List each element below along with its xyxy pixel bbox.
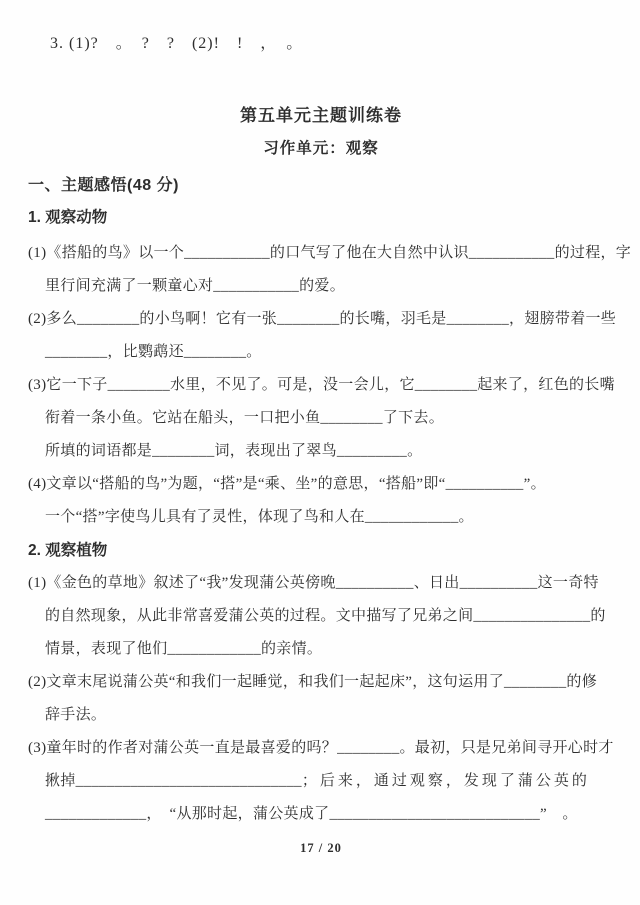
question-line: (1)《金色的草地》叙述了“我”发现蒲公英傍晚__________、日出____… bbox=[28, 567, 614, 600]
question-line: (3)它一下子________水里，不见了。可是，没一会儿，它________起… bbox=[28, 369, 614, 402]
question-line: _____________， “从那时起，蒲公英成了______________… bbox=[45, 798, 614, 831]
question-line: 衔着一条小鱼。它站在船头，一口把小鱼________了下去。 bbox=[45, 402, 614, 435]
question-line: 里行间充满了一颗童心对___________的爱。 bbox=[45, 270, 614, 303]
justified-text-segment: ；后来，通过观察，发现了蒲公英的 bbox=[302, 773, 590, 789]
question-2-1: (1)《金色的草地》叙述了“我”发现蒲公英傍晚__________、日出____… bbox=[28, 567, 614, 666]
unit-subtitle: 习作单元：观察 bbox=[28, 137, 614, 161]
question-line: (2)文章末尾说蒲公英“和我们一起睡觉，和我们一起起床”，这句运用了______… bbox=[28, 666, 614, 699]
question-line: 所填的词语都是________词，表现出了翠鸟_________。 bbox=[45, 435, 614, 468]
question-1-1: (1)《搭船的鸟》以一个___________的口气写了他在大自然中认识____… bbox=[28, 237, 614, 303]
blank-segment: 揪掉_____________________________ bbox=[45, 773, 302, 789]
question-line: (3)童年时的作者对蒲公英一直是最喜爱的吗？________。最初，只是兄弟间寻… bbox=[28, 732, 614, 765]
question-line: (4)文章以“搭船的鸟”为题，“搭”是“乘、坐”的意思，“搭船”即“______… bbox=[28, 468, 614, 501]
subsection-2-heading: 2. 观察植物 bbox=[28, 534, 614, 567]
question-line: 的自然现象，从此非常喜爱蒲公英的过程。文中描写了兄弟之间____________… bbox=[45, 600, 614, 633]
page-number: 17 / 20 bbox=[28, 839, 614, 857]
question-line: (2)多么________的小鸟啊！它有一张________的长嘴，羽毛是___… bbox=[28, 303, 614, 336]
question-1-4: (4)文章以“搭船的鸟”为题，“搭”是“乘、坐”的意思，“搭船”即“______… bbox=[28, 468, 614, 534]
subsection-1-heading: 1. 观察动物 bbox=[28, 206, 614, 230]
question-line: 情景，表现了他们____________的亲情。 bbox=[45, 633, 614, 666]
question-line: 揪掉_____________________________；后来，通过观察，… bbox=[45, 765, 614, 798]
question-1-2: (2)多么________的小鸟啊！它有一张________的长嘴，羽毛是___… bbox=[28, 303, 614, 369]
answer-key-line: 3. (1)? 。 ? ? (2)! ! ， 。 bbox=[50, 32, 614, 56]
question-line: 辞手法。 bbox=[45, 699, 614, 732]
question-line: ________，比鹦鹉还________。 bbox=[45, 336, 614, 369]
worksheet-title: 第五单元主题训练卷 bbox=[28, 104, 614, 128]
question-line: (1)《搭船的鸟》以一个___________的口气写了他在大自然中认识____… bbox=[28, 237, 614, 270]
question-2-3: (3)童年时的作者对蒲公英一直是最喜爱的吗？________。最初，只是兄弟间寻… bbox=[28, 732, 614, 831]
question-1-3: (3)它一下子________水里，不见了。可是，没一会儿，它________起… bbox=[28, 369, 614, 468]
worksheet-page: 3. (1)? 。 ? ? (2)! ! ， 。 第五单元主题训练卷 习作单元：… bbox=[0, 0, 640, 905]
question-line: 一个“搭”字使鸟儿具有了灵性，体现了鸟和人在____________。 bbox=[45, 501, 614, 534]
section-1-heading: 一、主题感悟(48 分) bbox=[28, 174, 614, 198]
question-2-2: (2)文章末尾说蒲公英“和我们一起睡觉，和我们一起起床”，这句运用了______… bbox=[28, 666, 614, 732]
